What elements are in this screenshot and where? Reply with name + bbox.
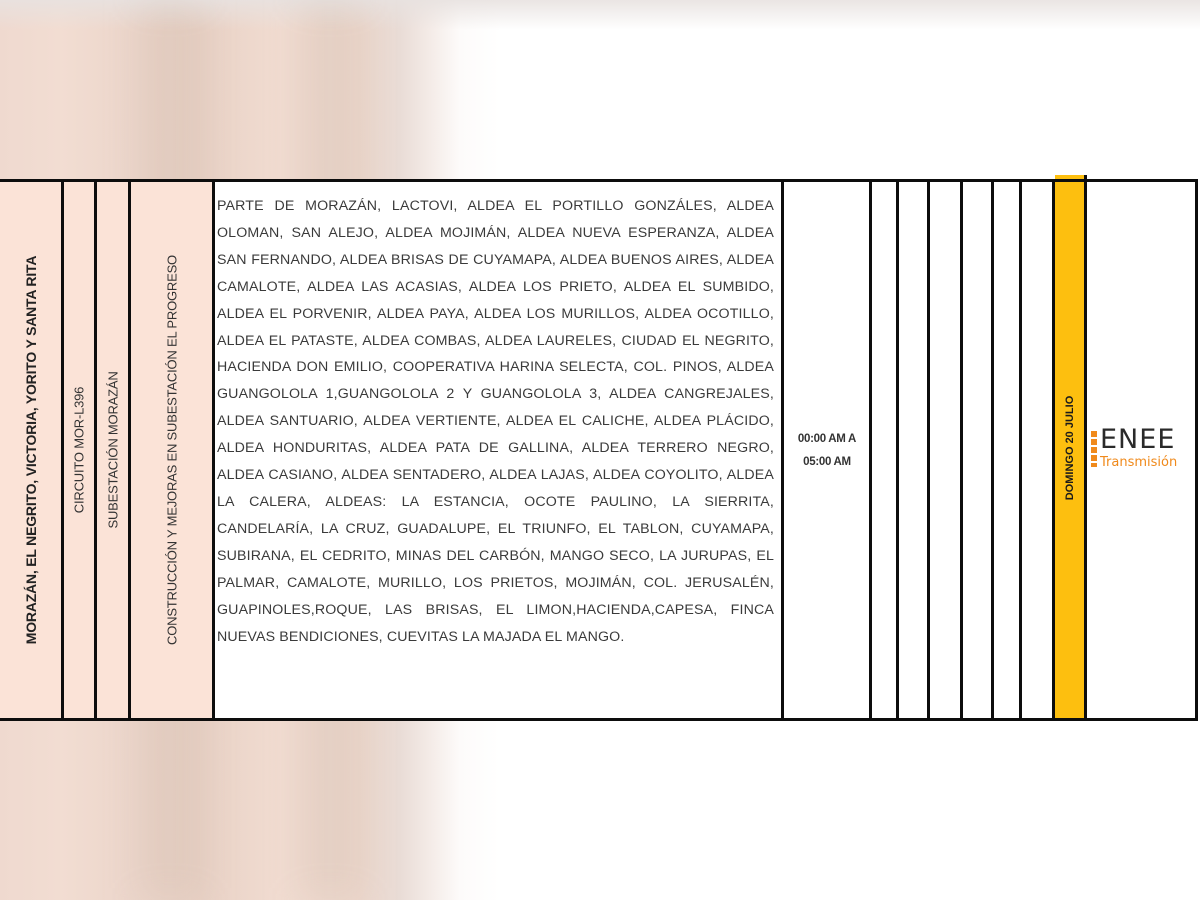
enee-logo-subtitle: Transmisión xyxy=(1100,455,1177,470)
schedule-start: 00:00 AM A xyxy=(785,428,869,451)
schedule-end: 05:00 AM xyxy=(785,451,869,474)
schedule-text: 00:00 AM A 05:00 AM xyxy=(785,428,869,474)
enee-logo-mark-icon xyxy=(1091,431,1097,467)
enee-logo: ENEE Transmisión xyxy=(1088,424,1198,474)
enee-logo-name: ENEE xyxy=(1100,424,1175,455)
affected-areas-text: PARTE DE MORAZÁN, LACTOVI, ALDEA EL PORT… xyxy=(217,193,774,650)
